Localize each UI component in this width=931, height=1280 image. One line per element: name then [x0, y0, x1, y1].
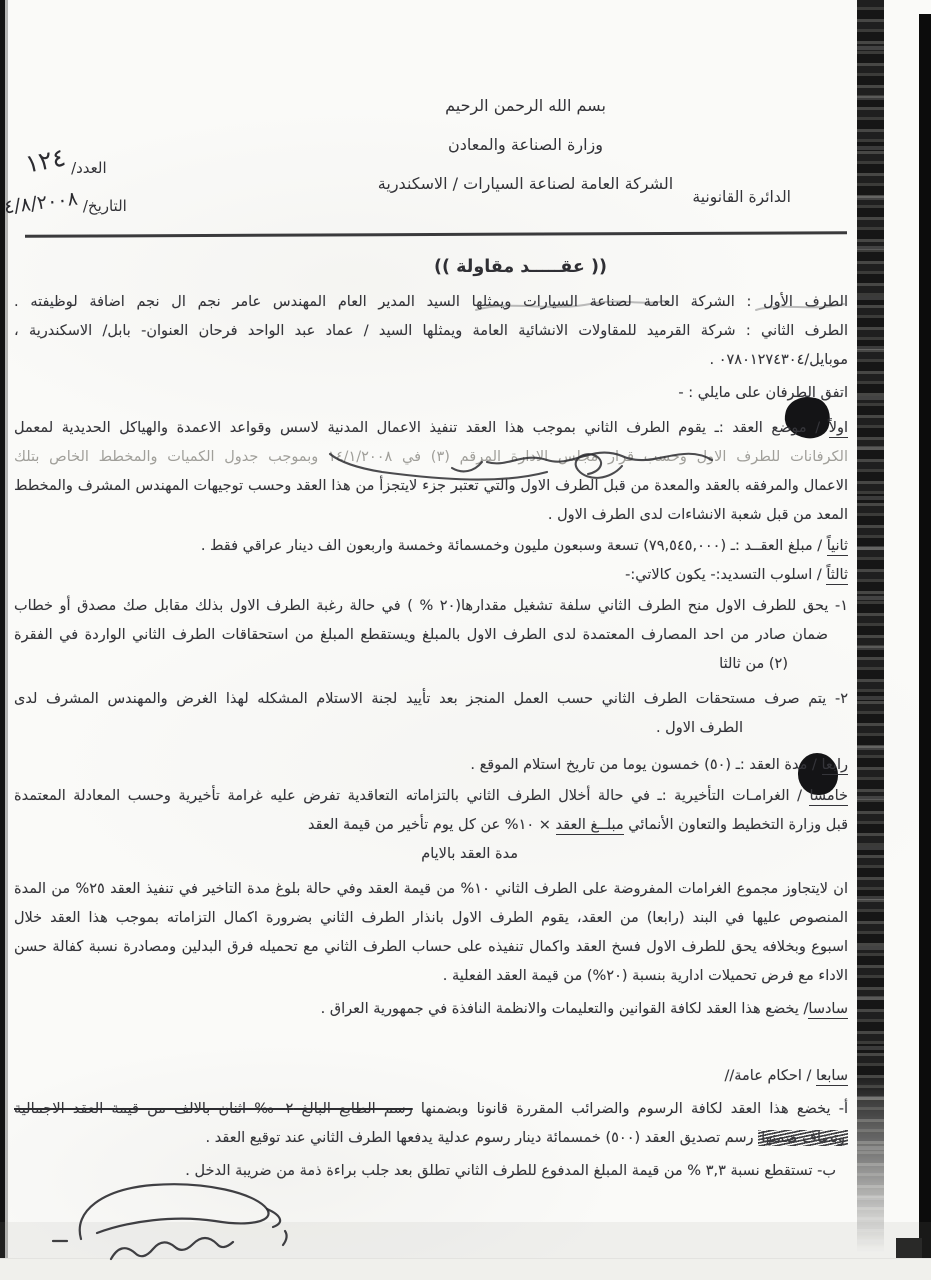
scanned-contract-page: بسم الله الرحمن الرحيم وزارة الصناعة وال… [0, 0, 931, 1280]
clause3-heading: ثالثاً / اسلوب التسديد:- يكون كالاتي:- [14, 561, 848, 590]
clause7-item-a-line1: أ- يخضع هذا العقد لكافة الرسوم والضرائب … [14, 1095, 848, 1124]
contract-body: الطرف الأول : الشركة العامة لصناعة السيا… [14, 288, 848, 1186]
clause3-label: ثالثاً [826, 567, 848, 585]
clause3-item1-line3: (٢) من ثالثا [14, 650, 788, 679]
clause7-label: سابعا [816, 1068, 848, 1086]
smudge-over-party1-start [752, 296, 848, 316]
clause2-line: ثانياً / مبلغ العقــد :ـ (٧٩,٥٤٥,٠٠٠) تس… [14, 532, 848, 561]
clause4-line: رابعا / مدة العقد :ـ (٥٠) خمسون يوما من … [14, 751, 848, 780]
penalty-fraction-numerator: مبلــغ العقد [556, 817, 624, 835]
clause5-para-line1: ان لايتجاوز مجموع الغرامات المفروضة على … [14, 875, 848, 904]
letterhead: بسم الله الرحمن الرحيم وزارة الصناعة وال… [60, 86, 931, 203]
penalty-fraction-denominator: مدة العقد بالايام [14, 840, 518, 869]
clause2-label: ثانياً [827, 538, 848, 556]
clause6-line: سادسا/ يخضع هذا العقد لكافة القوانين وال… [14, 995, 848, 1024]
scratched-out-text: وتضاف ضمنها [758, 1130, 848, 1146]
scan-left-edge [0, 0, 8, 1280]
company-line: الشركة العامة لصناعة السيارات / الاسكندر… [60, 164, 931, 203]
document-date-label: التاريخ/ [83, 197, 127, 215]
clause3-item2-line1: ٢- يتم صرف مستحقات الطرف الثاني حسب العم… [14, 685, 848, 714]
party2-line: الطرف الثاني : شركة القرميد للمقاولات ال… [14, 317, 848, 346]
header-divider-line [25, 231, 847, 238]
party2-mobile: موبايل/٠٧٨٠١٢٧٤٣٠٤ . [14, 346, 848, 375]
smudge-over-party1 [470, 292, 670, 318]
document-date-handwritten: ٤/٨/٢٠٠٨ [3, 188, 79, 219]
clause1-label: اولاً [829, 420, 848, 438]
ministry-line: وزارة الصناعة والمعادن [60, 125, 931, 164]
clause5-para-line4: الاداء مع فرض تحميلات ادارية بنسبة (٢٠%)… [14, 962, 848, 991]
struck-text: رسم الطابع البالغ ٢ ‰ اثنان بالالف من قي… [14, 1101, 413, 1117]
clause6-label: سادسا [808, 1001, 848, 1019]
clause7-heading: سابعا / احكام عامة// [14, 1062, 848, 1091]
document-number-label: العدد/ [71, 159, 107, 177]
clause3-item1-line1: ١- يحق للطرف الاول منح الطرف الثاني سلفة… [14, 592, 848, 621]
clause5-para-line2: المنصوص عليها في البند (رابعا) من العقد،… [14, 904, 848, 933]
party1-line: الطرف الأول : الشركة العامة لصناعة السيا… [14, 288, 848, 317]
clause5-formula-line: قبل وزارة التخطيط والتعاون الأنمائي مبلـ… [14, 811, 848, 840]
clause3-item1-line2: ضمان صادر من احد المصارف المعتمدة لدى ال… [14, 621, 828, 650]
contract-title: (( عقـــــد مقاولة )) [55, 257, 931, 277]
bismillah-line: بسم الله الرحمن الرحيم [60, 86, 931, 125]
clause5-para-line3: اسبوع وبخلافه يحق للطرف الاول فسخ العقد … [14, 933, 848, 962]
document-date: التاريخ/ ٤/٨/٢٠٠٨ [4, 194, 154, 216]
clause5-line1: خامسا / الغرامـات التأخيرية :ـ في حالة أ… [14, 782, 848, 811]
clause7-item-a-line2: وتضاف ضمنها رسم تصديق العقد (٥٠٠) خمسمائ… [14, 1124, 848, 1153]
scan-right-edge [919, 14, 931, 1280]
signature-bottom [45, 1175, 305, 1275]
clause4-label: رابعا [822, 757, 848, 775]
document-number: العدد/ ١٢٤ [26, 150, 146, 179]
signature-over-clause1 [322, 432, 722, 510]
legal-department-label: الدائرة القانونية [692, 188, 791, 206]
clause3-item2-line2: الطرف الاول . [14, 714, 743, 743]
document-number-handwritten: ١٢٤ [23, 142, 68, 178]
agreement-lead: اتفق الطرفان على مايلي : - [14, 379, 848, 408]
clause5-label: خامسا [809, 788, 848, 806]
